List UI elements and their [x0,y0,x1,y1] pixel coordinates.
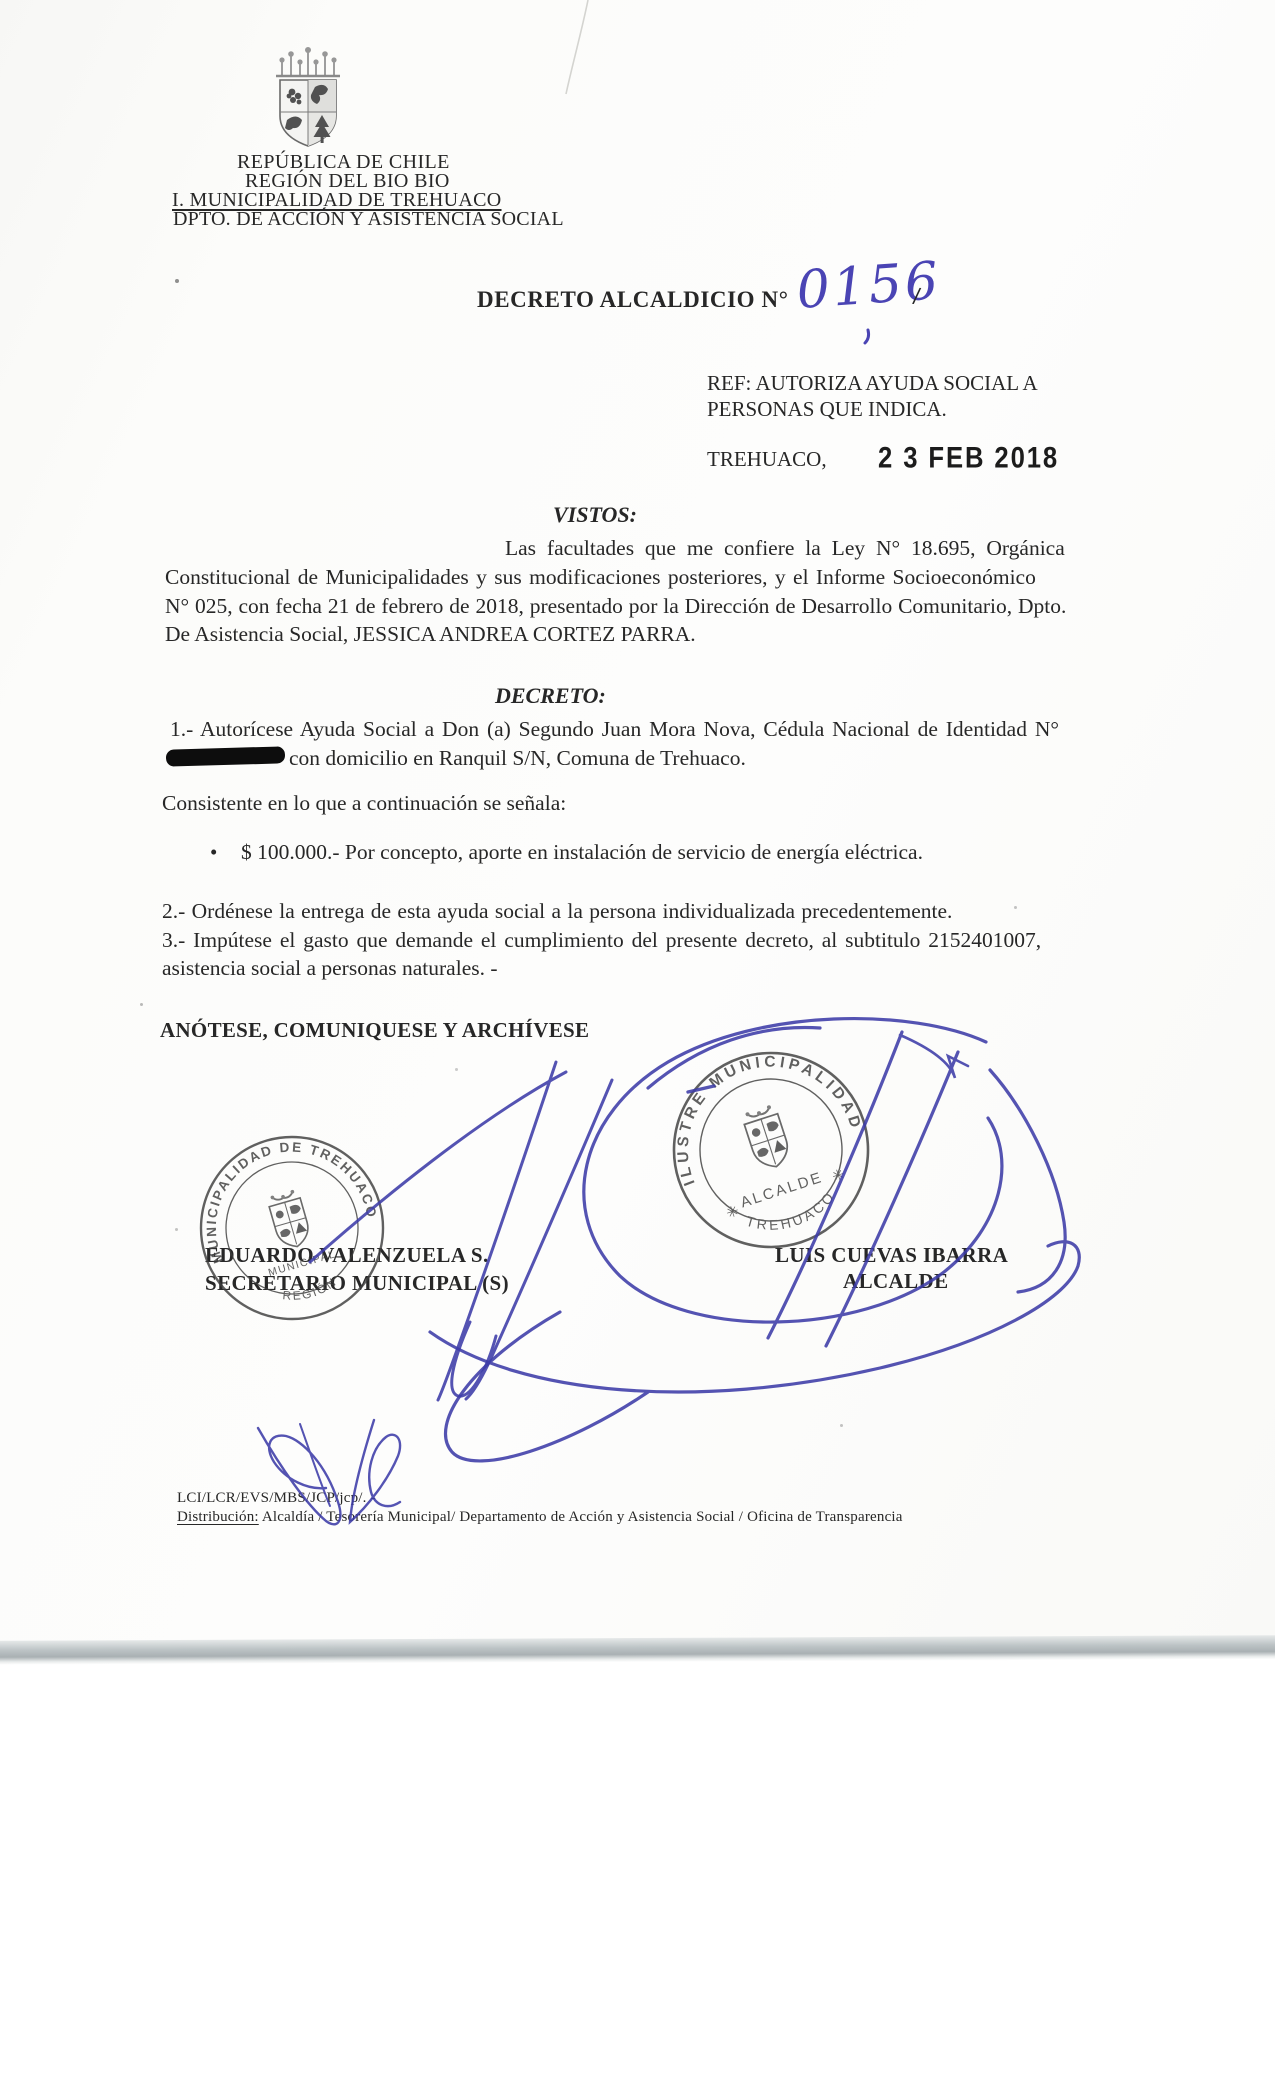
decree-title: DECRETO ALCALDICIO N° [477,287,789,313]
scan-speck [175,279,179,283]
mayor-role: ALCALDE [843,1269,948,1293]
bullet-glyph: • [210,840,217,864]
redacted-id-number [166,746,285,766]
footer-distribution-label: Distribución: [177,1509,259,1525]
ref-line-2: PERSONAS QUE INDICA. [707,397,947,421]
vistos-heading: VISTOS: [553,502,637,527]
footer-initials-line: LCI/LCR/EVS/MBS/JCP/jcp/. - [177,1490,376,1507]
letterhead-department: DPTO. DE ACCIÓN Y ASISTENCIA SOCIAL [173,208,564,231]
decreto-item2: 2.- Ordénese la entrega de esta ayuda so… [162,899,952,924]
footer-distribution-line: Distribución: Alcaldía / Tesorería Munic… [177,1509,903,1526]
mayor-name: LUIS CUEVAS IBARRA [775,1243,1008,1267]
vistos-line-4: De Asistencia Social, JESSICA ANDREA COR… [165,622,696,647]
scan-speck [175,1228,178,1231]
consistente-line: Consistente en lo que a continuación se … [162,791,566,816]
scan-speck [140,1003,143,1006]
closing-order-line: ANÓTESE, COMUNIQUESE Y ARCHÍVESE [160,1018,589,1042]
document-page [0,0,1275,1645]
place-label: TREHUACO, [707,447,827,471]
scan-speck [840,1424,843,1427]
secretary-name: EDUARDO VALENZUELA S. [205,1243,489,1267]
bullet-amount-text: $ 100.000.- Por concepto, aporte en inst… [241,840,923,865]
decreto-item3-line2: asistencia social a personas naturales. … [162,956,498,981]
vistos-line-1: Las facultades que me confiere la Ley N°… [505,536,1065,561]
scanned-decree-screenshot: REPÚBLICA DE CHILE REGIÓN DEL BIO BIO I.… [0,0,1275,2100]
ref-line-1: REF: AUTORIZA AYUDA SOCIAL A [707,371,1038,395]
decreto-item1-line1: 1.- Autorícese Ayuda Social a Don (a) Se… [170,717,1059,742]
footer-distribution-text: Alcaldía / Tesorería Municipal/ Departam… [259,1509,903,1525]
decreto-heading: DECRETO: [495,683,606,708]
scan-speck [455,1068,458,1071]
page-bottom-scan-shadow [0,1635,1275,1665]
decreto-item3-line1: 3.- Impútese el gasto que demande el cum… [162,928,1041,953]
decreto-item1-line2: con domicilio en Ranquil S/N, Comuna de … [289,746,746,771]
vistos-line-2: Constitucional de Municipalidades y sus … [165,565,1036,590]
date-received-stamp: 2 3 FEB 2018 [878,441,1059,475]
vistos-line-3: N° 025, con fecha 21 de febrero de 2018,… [165,594,1066,619]
secretary-role: SECRETARIO MUNICIPAL (S) [205,1271,509,1295]
scan-speck [1014,906,1017,909]
